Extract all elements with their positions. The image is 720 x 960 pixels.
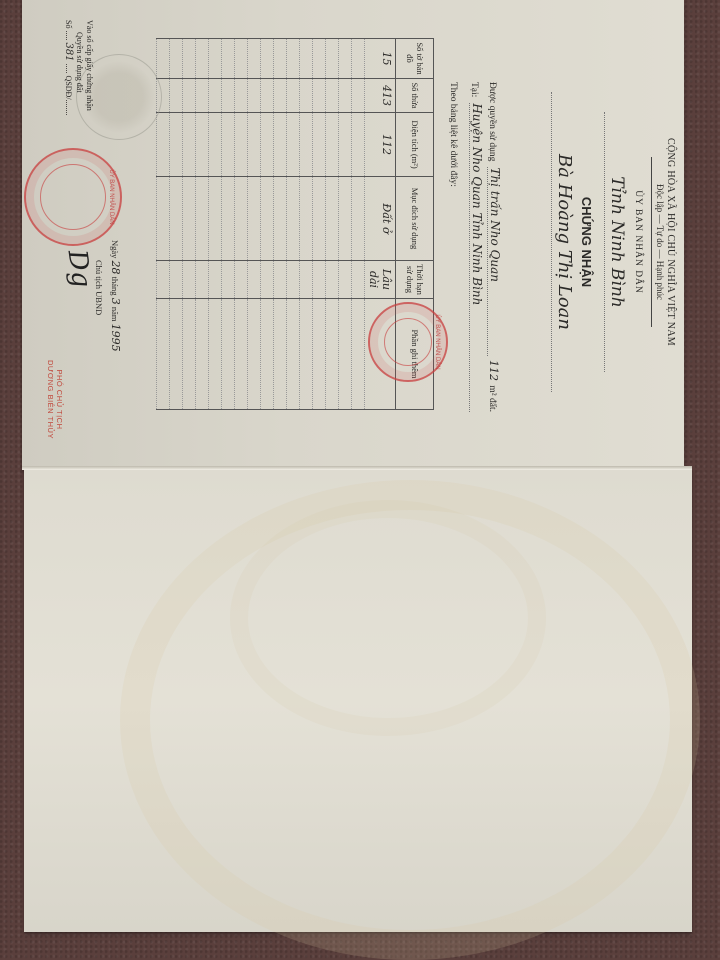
seal-inner-ring	[384, 318, 432, 366]
detail-label: Theo bảng liệt kê dưới đây:	[448, 82, 458, 187]
chairman-position: Chủ tịch UBND	[94, 260, 104, 315]
certificate-content: CỘNG HÒA XÃ HỘI CHỦ NGHĨA VIỆT NAM Độc l…	[22, 0, 684, 460]
table-row	[183, 39, 196, 410]
province-handwritten: Tỉnh Ninh Bình	[604, 112, 627, 372]
nation-title: CỘNG HÒA XÃ HỘI CHỦ NGHĨA VIỆT NAM	[665, 92, 676, 392]
table-row	[326, 39, 339, 410]
table-row	[248, 39, 261, 410]
date-month: 3	[109, 298, 122, 305]
header-divider	[651, 157, 652, 327]
seal-text: ỦY BAN NHÂN DÂN	[434, 304, 440, 380]
seal-text: ỦY BAN NHÂN DÂN	[108, 150, 114, 244]
cell-area: 112	[365, 113, 396, 177]
table-row	[222, 39, 235, 410]
location-line: Tại: Huyện Nho Quan Tỉnh Ninh Bình	[469, 82, 484, 412]
table-row	[196, 39, 209, 410]
deputy-title: PHÓ CHỦ TỊCH	[55, 360, 64, 439]
motto: Độc lập — Tự do — Hạnh phúc	[655, 92, 665, 392]
registration-number-label: Số	[64, 20, 73, 28]
cell-term: Lâu dài	[365, 261, 396, 299]
col-map-sheet: Số tờ bản đồ	[396, 39, 434, 79]
registration-number: 381	[63, 42, 74, 61]
signature: Dg	[62, 248, 97, 289]
col-purpose: Mục đích sử dụng	[396, 177, 434, 261]
table-row	[261, 39, 274, 410]
certificate-title: CHỨNG NHẬN	[579, 92, 594, 392]
cell-map-sheet: 15	[365, 39, 396, 79]
col-term: Thời hạn sử dụng	[396, 261, 434, 299]
registration-suffix: QSDĐ/........	[64, 76, 73, 116]
signer-block: PHÓ CHỦ TỊCH DƯƠNG BIÊN THỦY	[46, 360, 64, 439]
use-right-label: Được quyền sử dụng	[487, 82, 497, 161]
col-area: Diện tích (m²)	[396, 113, 434, 177]
date-day: 28	[109, 261, 122, 275]
signing-date: Ngày 28 tháng 3 năm 1995	[109, 240, 122, 352]
area-value: 112	[487, 360, 500, 381]
location-handwritten-2: Huyện Nho Quan Tỉnh Ninh Bình	[469, 103, 484, 412]
signer-name: DƯƠNG BIÊN THỦY	[46, 360, 55, 439]
table-row	[313, 39, 326, 410]
date-year-label: năm	[110, 307, 120, 322]
committee-label: ỦY BAN NHÂN DÂN	[633, 92, 643, 392]
col-parcel-number: Số thửa	[396, 79, 434, 113]
location-label: Tại:	[469, 82, 479, 97]
table-row	[235, 39, 248, 410]
area-unit: m² đất.	[487, 385, 497, 412]
date-month-label: tháng	[110, 277, 120, 296]
area-summary: 112 m² đất.	[487, 360, 500, 412]
table-row	[352, 39, 365, 410]
registration-note: Vào sổ cấp giấy chứng nhận Quyền sử dụng…	[62, 20, 95, 116]
location-handwritten-1: Thị trấn Nho Quan	[487, 167, 502, 356]
certificate-header: CỘNG HÒA XÃ HỘI CHỦ NGHĨA VIỆT NAM Độc l…	[551, 92, 676, 392]
official-seal-small: ỦY BAN NHÂN DÂN	[368, 302, 448, 382]
use-right-line: Được quyền sử dụng Thị trấn Nho Quan 112…	[487, 82, 502, 412]
cell-parcel-number: 413	[365, 79, 396, 113]
date-prefix: Ngày	[110, 240, 120, 258]
seal-inner-ring	[40, 164, 106, 230]
table-row	[170, 39, 183, 410]
official-seal-chairman: ỦY BAN NHÂN DÂN	[24, 148, 122, 246]
cell-purpose: Đất ở	[365, 177, 396, 261]
watermark-emblem-inner	[230, 500, 546, 736]
table-row	[287, 39, 300, 410]
detail-line: Theo bảng liệt kê dưới đây:	[448, 82, 458, 412]
table-row	[300, 39, 313, 410]
date-year: 1995	[109, 324, 122, 352]
table-row	[274, 39, 287, 410]
page-fold	[22, 466, 692, 470]
holder-name: Bà Hoàng Thị Loan	[551, 92, 575, 392]
registration-line-1: Vào sổ cấp giấy chứng nhận	[84, 20, 94, 116]
registration-number-line: Số ..... 381 ..... QSDĐ/........	[62, 20, 75, 116]
table-row	[209, 39, 222, 410]
registration-line-2: Quyền sử dụng đất	[74, 20, 84, 116]
table-row	[339, 39, 352, 410]
